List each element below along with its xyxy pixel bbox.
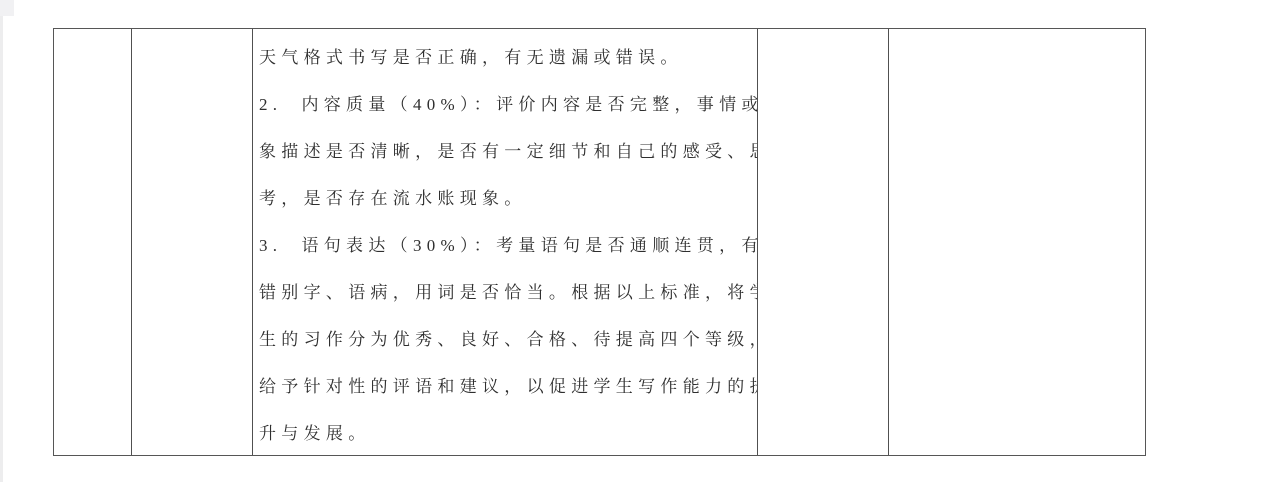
criteria-line: 考，是否存在流水账现象。 bbox=[259, 175, 747, 222]
table-cell-criteria-text: 天气格式书写是否正确，有无遗漏或错误。 2. 内容质量（40%）：评价内容是否完… bbox=[253, 29, 758, 455]
page-corner-artifact bbox=[0, 0, 14, 16]
table-cell-col4-empty bbox=[758, 29, 889, 455]
criteria-line: 天气格式书写是否正确，有无遗漏或错误。 bbox=[259, 34, 747, 81]
criteria-line: 错别字、语病，用词是否恰当。根据以上标准，将学 bbox=[259, 269, 747, 316]
criteria-line: 给予针对性的评语和建议，以促进学生写作能力的提 bbox=[259, 363, 747, 410]
page-edge-artifact bbox=[0, 0, 3, 482]
document-table: 天气格式书写是否正确，有无遗漏或错误。 2. 内容质量（40%）：评价内容是否完… bbox=[53, 28, 1146, 456]
table-cell-col2-empty bbox=[132, 29, 253, 455]
criteria-line: 象描述是否清晰，是否有一定细节和自己的感受、思 bbox=[259, 128, 747, 175]
criteria-line: 升与发展。 bbox=[259, 410, 747, 455]
table-cell-col1-empty bbox=[54, 29, 132, 455]
table-cell-col5-empty bbox=[889, 29, 1145, 455]
criteria-line: 3. 语句表达（30%）：考量语句是否通顺连贯，有无 bbox=[259, 222, 747, 269]
criteria-line: 生的习作分为优秀、良好、合格、待提高四个等级， bbox=[259, 316, 747, 363]
criteria-line: 2. 内容质量（40%）：评价内容是否完整，事情或现 bbox=[259, 81, 747, 128]
